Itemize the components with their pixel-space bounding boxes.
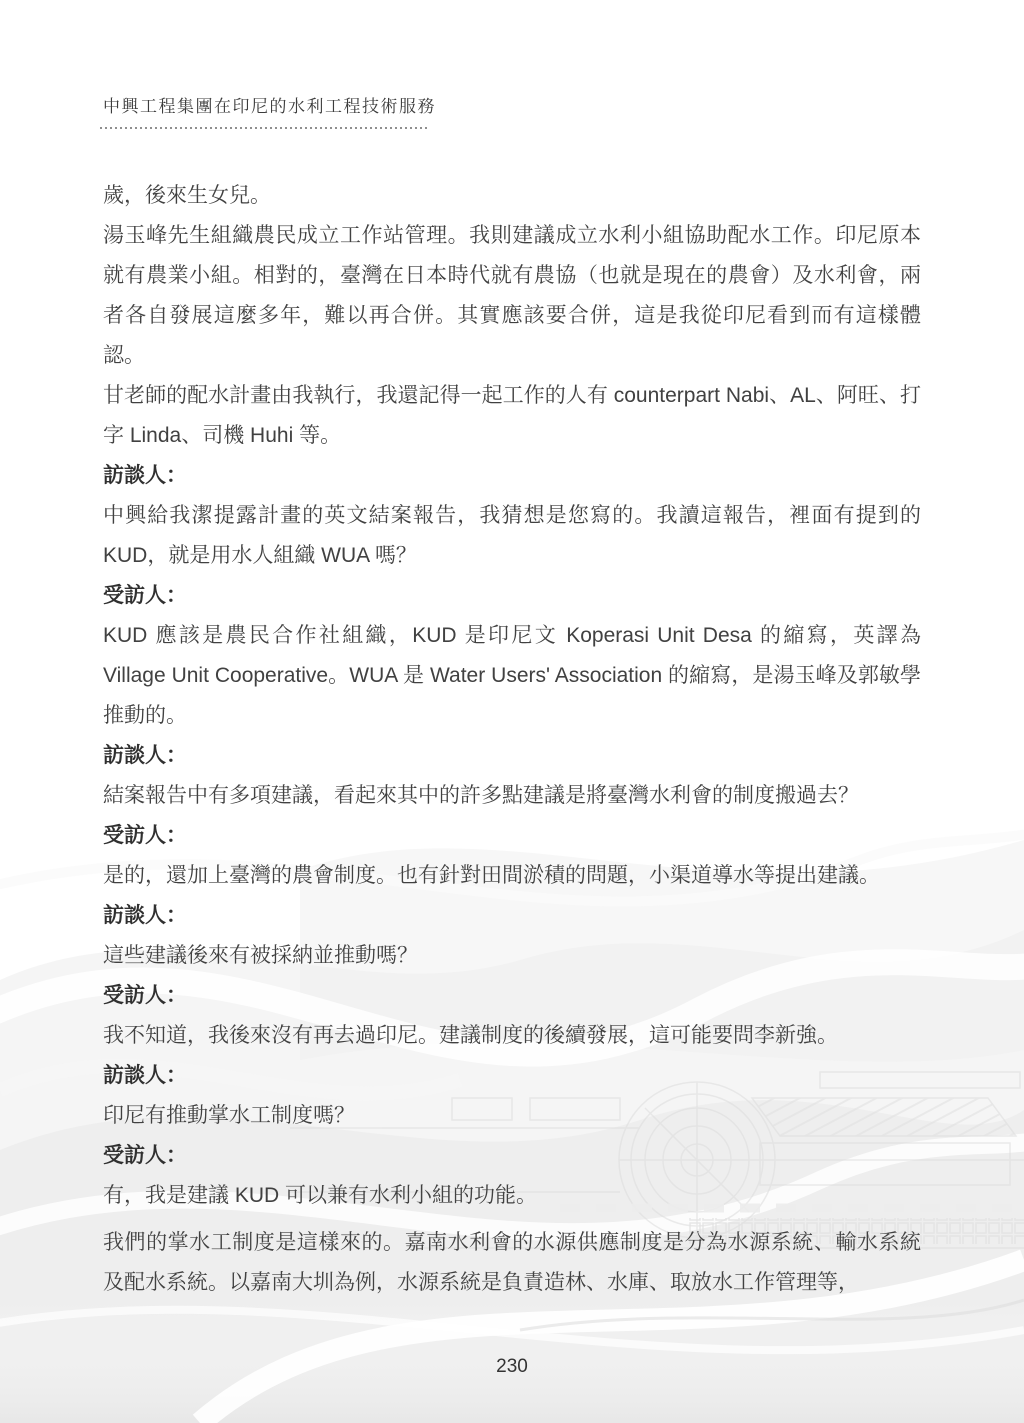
body-paragraph: 有，我是建議 KUD 可以兼有水利小組的功能。 xyxy=(103,1176,921,1216)
speaker-label: 訪談人： xyxy=(103,736,921,776)
book-page: 中興工程集團在印尼的水利工程技術服務 歲，後來生女兒。湯玉峰先生組織農民成立工作… xyxy=(0,0,1024,1423)
content-blocks: 歲，後來生女兒。湯玉峰先生組織農民成立工作站管理。我則建議成立水利小組協助配水工… xyxy=(103,176,921,1303)
speaker-label: 訪談人： xyxy=(103,896,921,936)
body-paragraph: 我不知道，我後來沒有再去過印尼。建議制度的後續發展，這可能要問李新強。 xyxy=(103,1016,921,1056)
body-paragraph: KUD 應該是農民合作社組織，KUD 是印尼文 Koperasi Unit De… xyxy=(103,616,921,736)
body-paragraph: 甘老師的配水計畫由我執行，我還記得一起工作的人有 counterpart Nab… xyxy=(103,376,921,456)
speaker-label: 訪談人： xyxy=(103,456,921,496)
body-paragraph: 中興給我潔提露計畫的英文結案報告，我猜想是您寫的。我讀這報告，裡面有提到的 KU… xyxy=(103,496,921,576)
body-paragraph: 印尼有推動掌水工制度嗎？ xyxy=(103,1096,921,1136)
speaker-label: 受訪人： xyxy=(103,976,921,1016)
running-header-title: 中興工程集團在印尼的水利工程技術服務 xyxy=(103,92,436,117)
body-paragraph: 湯玉峰先生組織農民成立工作站管理。我則建議成立水利小組協助配水工作。印尼原本就有… xyxy=(103,216,921,376)
speaker-label: 受訪人： xyxy=(103,816,921,856)
speaker-label: 受訪人： xyxy=(103,576,921,616)
header-dotted-rule xyxy=(100,127,427,129)
page-number: 230 xyxy=(0,1356,1024,1378)
body-paragraph: 是的，還加上臺灣的農會制度。也有針對田間淤積的問題，小渠道導水等提出建議。 xyxy=(103,856,921,896)
body-paragraph: 這些建議後來有被採納並推動嗎？ xyxy=(103,936,921,976)
speaker-label: 受訪人： xyxy=(103,1136,921,1176)
body-paragraph: 結案報告中有多項建議，看起來其中的許多點建議是將臺灣水利會的制度搬過去？ xyxy=(103,776,921,816)
speaker-label: 訪談人： xyxy=(103,1056,921,1096)
body-paragraph: 我們的掌水工制度是這樣來的。嘉南水利會的水源供應制度是分為水源系統、輸水系統及配… xyxy=(103,1223,921,1303)
body-paragraph: 歲，後來生女兒。 xyxy=(103,176,921,216)
